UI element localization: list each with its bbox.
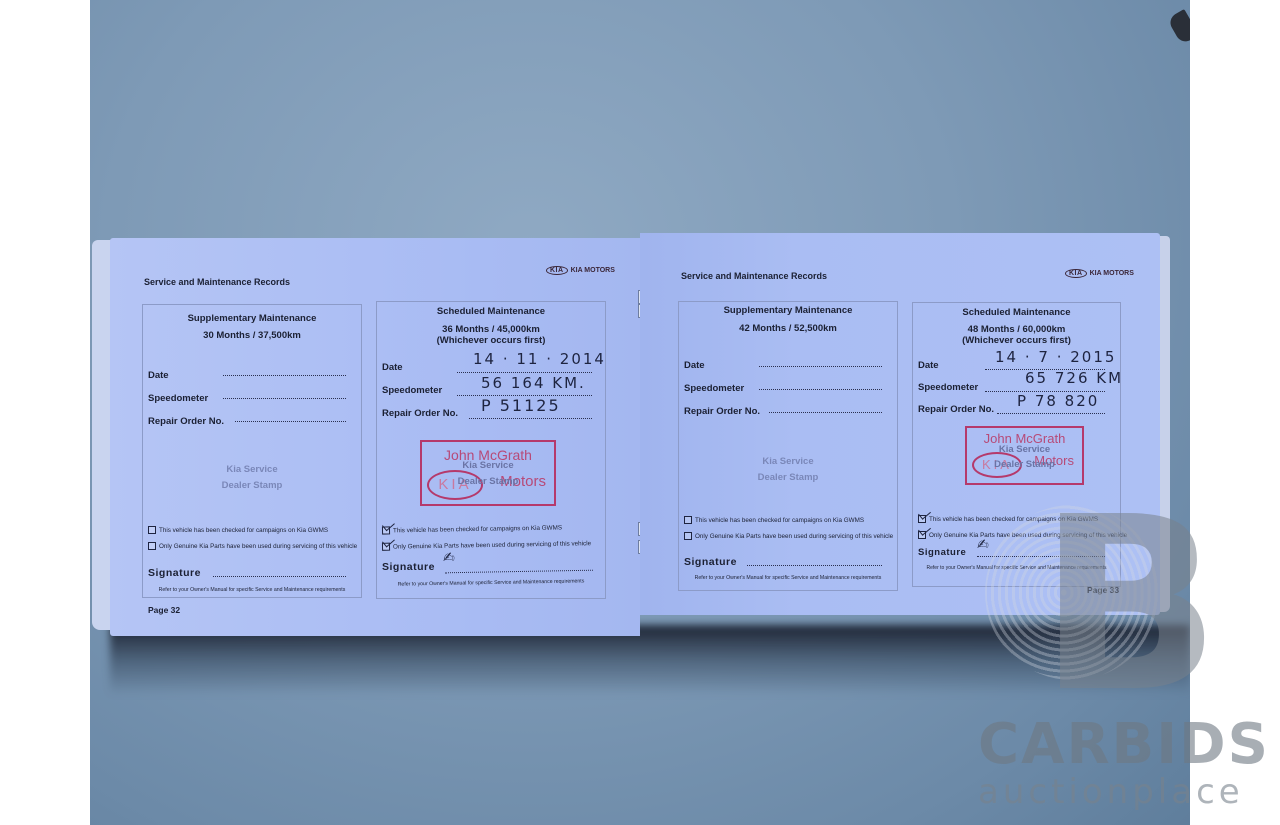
footer-note: Refer to your Owner's Manual for specifi… — [679, 575, 897, 581]
box-interval: 48 Months / 60,000km — [913, 324, 1120, 335]
speedometer-value: 65 726 KM — [1025, 369, 1123, 387]
pen-tip — [1167, 9, 1190, 45]
speedometer-label: Speedometer — [918, 382, 978, 393]
brand-text: KIA MOTORS — [571, 267, 615, 274]
check-label: This vehicle has been checked for campai… — [695, 517, 864, 524]
kia-motors-logo: KIA KIA MOTORS — [546, 266, 615, 275]
repair-order-label: Repair Order No. — [382, 408, 458, 419]
page-header: Service and Maintenance Records — [144, 277, 290, 287]
repair-order-label: Repair Order No. — [684, 406, 760, 417]
check-campaigns[interactable]: This vehicle has been checked for campai… — [382, 523, 562, 534]
check-label: Only Genuine Kia Parts have been used du… — [695, 533, 893, 540]
box-interval: 42 Months / 52,500km — [679, 323, 897, 334]
signature-field[interactable] — [213, 576, 346, 577]
repair-order-field[interactable] — [997, 413, 1105, 414]
checkbox-checked-icon[interactable] — [382, 543, 390, 551]
repair-order-label: Repair Order No. — [918, 404, 994, 415]
signature-label: Signature — [382, 561, 435, 573]
checkbox-checked-icon[interactable] — [918, 531, 926, 539]
checkbox-checked-icon[interactable] — [382, 526, 390, 534]
box-note: (Whichever occurs first) — [913, 335, 1120, 346]
repair-order-field[interactable] — [769, 412, 882, 413]
service-box-42-months: Supplementary Maintenance 42 Months / 52… — [678, 301, 898, 591]
footer-note: Refer to your Owner's Manual for specifi… — [143, 587, 361, 593]
check-genuine-parts[interactable]: Only Genuine Kia Parts have been used du… — [148, 542, 357, 550]
signature-label: Signature — [148, 567, 201, 579]
check-label: Only Genuine Kia Parts have been used du… — [393, 540, 591, 550]
kia-logo-icon: KIA — [546, 266, 568, 275]
kia-logo-icon: KIA — [1065, 269, 1087, 278]
page-number: Page 32 — [148, 605, 180, 615]
checkbox-icon[interactable] — [684, 532, 692, 540]
dealer-stamp-placeholder[interactable]: Kia Service Dealer Stamp — [143, 462, 361, 494]
check-campaigns[interactable]: This vehicle has been checked for campai… — [148, 526, 328, 534]
date-label: Date — [382, 362, 403, 373]
date-label: Date — [148, 370, 169, 381]
box-interval: 36 Months / 45,000km — [377, 324, 605, 335]
date-label: Date — [918, 360, 939, 371]
page-header: Service and Maintenance Records — [681, 271, 827, 281]
box-title: Scheduled Maintenance — [913, 307, 1120, 318]
watermark-brand: CARBIDS — [978, 712, 1270, 777]
checkbox-icon[interactable] — [148, 526, 156, 534]
watermark-tagline: auctionplace — [978, 772, 1244, 812]
repair-order-field[interactable] — [235, 421, 346, 422]
box-title: Scheduled Maintenance — [377, 306, 605, 317]
box-title: Supplementary Maintenance — [679, 305, 897, 316]
stamp-placeholder-line-2: Dealer Stamp — [422, 476, 554, 487]
service-box-30-months: Supplementary Maintenance 30 Months / 37… — [142, 304, 362, 598]
footer-note: Refer to your Owner's Manual for specifi… — [377, 578, 605, 588]
stamp-placeholder-line-1: Kia Service — [679, 454, 897, 470]
photo-background: Service and Maintenance Records KIA KIA … — [90, 0, 1190, 825]
box-title: Supplementary Maintenance — [143, 313, 361, 324]
signature-field[interactable] — [445, 570, 593, 574]
date-field[interactable] — [457, 372, 592, 373]
checkbox-icon[interactable] — [684, 516, 692, 524]
stamp-placeholder-line-1: Kia Service — [967, 444, 1082, 455]
stamp-placeholder-line-2: Dealer Stamp — [679, 470, 897, 486]
signature-mark-icon: ✍ — [977, 537, 991, 553]
check-label: Only Genuine Kia Parts have been used du… — [159, 543, 357, 550]
speedometer-value: 56 164 KM. — [481, 374, 586, 392]
check-genuine-parts[interactable]: Only Genuine Kia Parts have been used du… — [382, 539, 591, 551]
checkbox-icon[interactable] — [148, 542, 156, 550]
speedometer-field[interactable] — [223, 398, 346, 399]
repair-order-value: P 51125 — [481, 396, 561, 415]
check-label: This vehicle has been checked for campai… — [393, 524, 562, 534]
date-value: 14 · 7 · 2015 — [995, 348, 1116, 366]
signature-field[interactable] — [747, 565, 882, 566]
check-campaigns[interactable]: This vehicle has been checked for campai… — [684, 516, 864, 524]
checkbox-checked-icon[interactable] — [918, 515, 926, 523]
repair-order-label: Repair Order No. — [148, 416, 224, 427]
signature-label: Signature — [918, 547, 966, 558]
signature-mark-icon: ✍ — [443, 550, 457, 566]
dealer-stamp-placeholder[interactable]: Kia Service Dealer Stamp — [679, 454, 897, 486]
check-genuine-parts[interactable]: Only Genuine Kia Parts have been used du… — [684, 532, 893, 540]
repair-order-value: P 78 820 — [1017, 392, 1099, 410]
stamp-placeholder-line-1: Kia Service — [422, 460, 554, 471]
watermark-letter: B — [1038, 505, 1253, 705]
speedometer-label: Speedometer — [382, 385, 442, 396]
check-label: This vehicle has been checked for campai… — [159, 527, 328, 534]
date-value: 14 · 11 · 2014 — [473, 350, 606, 368]
speedometer-field[interactable] — [759, 389, 882, 390]
box-note: (Whichever occurs first) — [377, 335, 605, 346]
signature-label: Signature — [684, 556, 737, 568]
stamp-placeholder-line-2: Dealer Stamp — [143, 478, 361, 494]
repair-order-field[interactable] — [469, 418, 592, 419]
service-box-36-months: Scheduled Maintenance 36 Months / 45,000… — [376, 301, 606, 599]
box-interval: 30 Months / 37,500km — [143, 330, 361, 341]
speedometer-label: Speedometer — [684, 383, 744, 394]
stamp-placeholder-line-1: Kia Service — [143, 462, 361, 478]
speedometer-label: Speedometer — [148, 393, 208, 404]
brand-text: KIA MOTORS — [1090, 270, 1134, 277]
kia-motors-logo: KIA KIA MOTORS — [1065, 269, 1134, 278]
dealer-stamp: John McGrath KIA Motors Kia Service Deal… — [420, 440, 556, 506]
date-label: Date — [684, 360, 705, 371]
left-page: Service and Maintenance Records KIA KIA … — [110, 238, 640, 636]
date-field[interactable] — [759, 366, 882, 367]
date-field[interactable] — [223, 375, 346, 376]
